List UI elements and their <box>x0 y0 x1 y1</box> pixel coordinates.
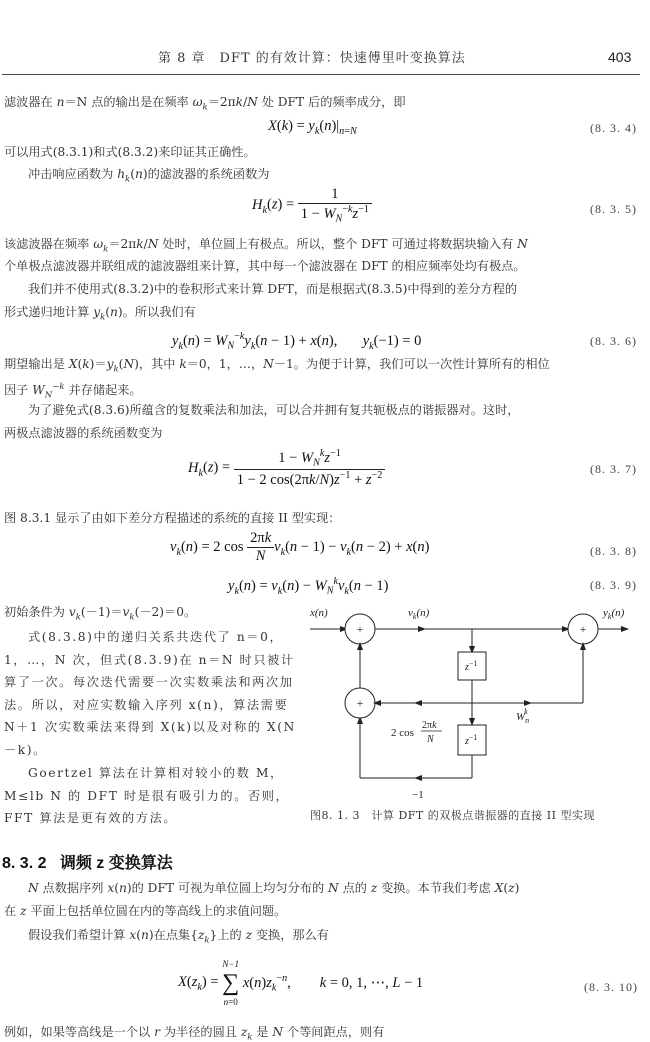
svg-text:Wnk: Wnk <box>516 707 529 725</box>
paragraph: 期望输出是 X(k)＝yk(N)，其中 k＝0，1，…，N－1。为便于计算，我们… <box>4 356 550 377</box>
svg-text:vk(n): vk(n) <box>408 607 430 621</box>
equation-8-3-10: X(zk) = N−1 ∑ n=0 x(n)zk−n, k = 0, 1, ⋯,… <box>178 957 423 1009</box>
paragraph: 形式递归地计算 yk(n)。所以我们有 <box>4 304 196 325</box>
svg-text:−1: −1 <box>412 789 424 801</box>
equation-8-3-7: Hk(z) = 1 − WNkz−11 − 2 cos(2πk/N)z−1 + … <box>188 448 385 489</box>
paragraph: 为了避免式(8.3.6)所蕴含的复数乘法和加法，可以合并拥有复共轭极点的谐振器对… <box>4 402 519 418</box>
paragraph: 两极点滤波器的系统函数变为 <box>4 425 162 441</box>
equation-8-3-8: vk(n) = 2 cos 2πkNvk(n − 1) − vk(n − 2) … <box>170 530 429 565</box>
section-title: 调频 z 变换算法 <box>60 855 173 872</box>
paragraph: 式(8.3.8)中的递归关系共迭代了 n＝0，1，…，N 次，但式(8.3.9)… <box>4 626 304 761</box>
paragraph: 假设我们希望计算 x(n)在点集{zk}上的 z 变换，那么有 <box>4 927 329 948</box>
paragraph: 冲击响应函数为 hk(n)的滤波器的系统函数为 <box>4 166 269 187</box>
paragraph: 初始条件为 vk(－1)＝vk(－2)＝0。 <box>4 604 196 625</box>
paragraph: 图 8.3.1 显示了由如下差分方程描述的系统的直接 II 型实现： <box>4 510 340 526</box>
paragraph: 我们并不使用式(8.3.2)中的卷积形式来计算 DFT，而是根据式(8.3.5)… <box>4 281 517 297</box>
equation-number: (8. 3. 10) <box>584 980 638 995</box>
equation-number: (8. 3. 8) <box>590 544 637 559</box>
svg-text:yk(n): yk(n) <box>602 607 625 621</box>
equation-8-3-6: yk(n) = WN−kyk(n − 1) + x(n), yk(−1) = 0 <box>172 331 421 352</box>
svg-text:N: N <box>426 734 435 745</box>
paragraph: 滤波器在 n＝N 点的输出是在频率 ωk＝2πk/N 处 DFT 后的频率成分，… <box>4 94 406 115</box>
paragraph: 因子 WN−k 并存储起来。 <box>4 379 142 404</box>
running-header: 第 8 章 DFT 的有效计算：快速傅里叶变换算法 <box>158 47 466 66</box>
paragraph: Goertzel 算法在计算相对较小的数 M，M≤lb N 的 DFT 时是很有… <box>4 762 304 830</box>
adder-plus: + <box>357 622 364 636</box>
equation-number: (8. 3. 7) <box>590 462 637 477</box>
equation-number: (8. 3. 5) <box>590 202 637 217</box>
svg-text:2 cos: 2 cos <box>391 727 414 739</box>
figure-caption: 图8. 1. 3 计算 DFT 的双极点谐振器的直接 II 型实现 <box>310 807 595 823</box>
svg-text:x(n): x(n) <box>309 607 328 619</box>
equation-number: (8. 3. 9) <box>590 578 637 593</box>
section-number: 8. 3. 2 <box>2 855 46 872</box>
header-rule <box>2 74 640 75</box>
svg-text:+: + <box>357 696 364 710</box>
paragraph: 该滤波器在频率 ωk＝2πk/N 处时，单位圆上有极点。所以，整个 DFT 可通… <box>4 236 528 257</box>
paragraph: 在 z 平面上包括单位圆在内的等高线上的求值问题。 <box>4 903 286 919</box>
equation-8-3-9: yk(n) = vk(n) − WNkvk(n − 1) <box>228 576 389 597</box>
section-heading: 8. 3. 2 调频 z 变换算法 <box>2 850 173 873</box>
paragraph: N 点数据序列 x(n)的 DFT 可视为单位圆上均匀分布的 N 点的 z 变换… <box>4 880 519 896</box>
paragraph: 可以用式(8.3.1)和式(8.3.2)来印证其正确性。 <box>4 144 256 160</box>
equation-number: (8. 3. 4) <box>590 121 637 136</box>
equation-8-3-4: X(k) = yk(n)|n=N <box>268 118 357 137</box>
equation-number: (8. 3. 6) <box>590 334 637 349</box>
paragraph: 个单极点滤波器并联组成的滤波器组来计算，其中每一个滤波器在 DFT 的相应频率处… <box>4 258 526 274</box>
paragraph: 例如，如果等高线是一个以 r 为半径的圆且 zk 是 N 个等间距点，则有 <box>4 1024 384 1042</box>
equation-8-3-5: Hk(z) = 11 − WN−kz−1 <box>252 186 372 225</box>
svg-text:2πk: 2πk <box>422 720 437 731</box>
svg-text:+: + <box>580 622 587 636</box>
page-number: 403 <box>608 49 631 65</box>
block-diagram: + + + x(n) vk(n) yk(n) z−1 z−1 2 cos 2πk… <box>300 600 650 840</box>
